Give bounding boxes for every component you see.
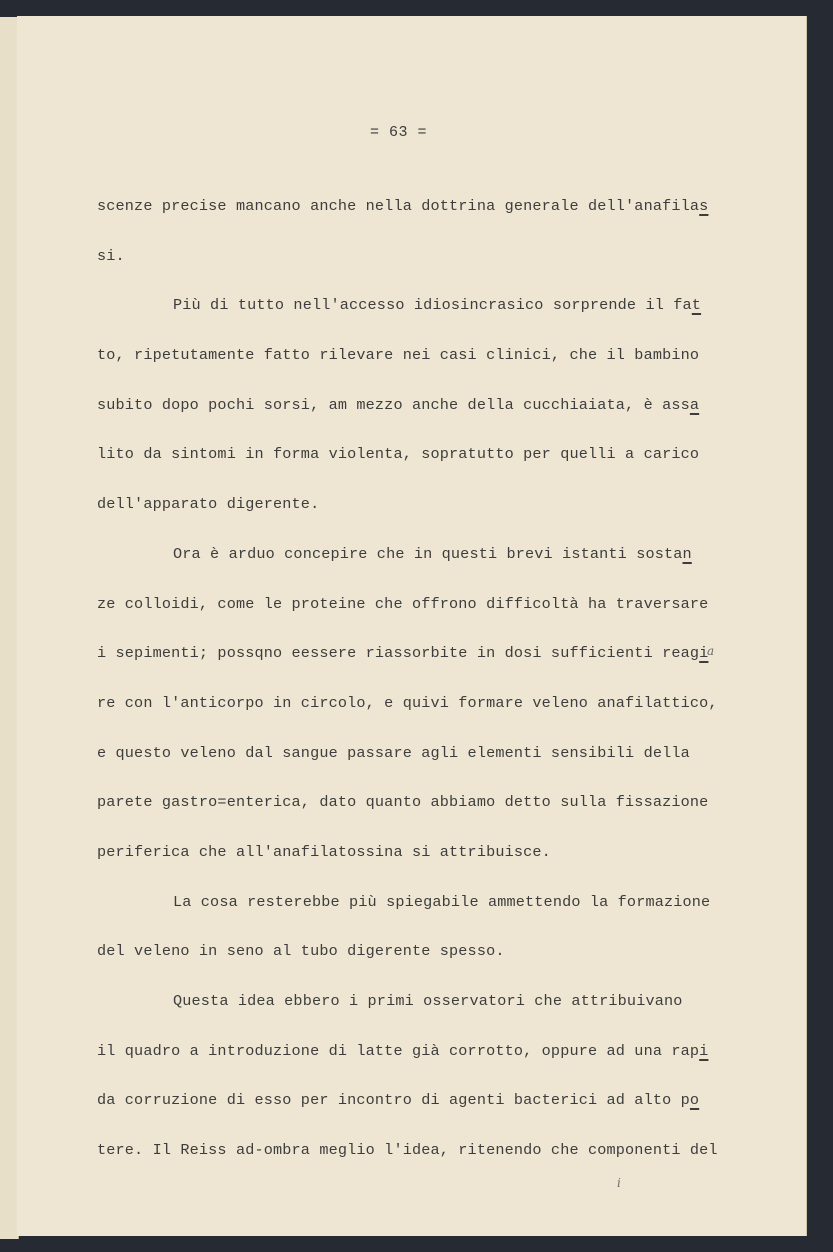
document-page: = 63 = scenze precise mancano anche nell… xyxy=(17,16,806,1236)
text-line: del veleno in seno al tubo digerente spe… xyxy=(97,941,787,991)
text-line: si. xyxy=(97,246,787,296)
text-line: scenze precise mancano anche nella dottr… xyxy=(97,196,787,246)
text-line: i sepimenti; possqno eessere riassorbite… xyxy=(97,643,787,693)
page-number: = 63 = xyxy=(17,124,780,141)
text-line: dell'apparato digerente. xyxy=(97,494,787,544)
text-line: periferica che all'anafilatossina si att… xyxy=(97,842,787,892)
text-line: e questo veleno dal sangue passare agli … xyxy=(97,743,787,793)
text-line: to, ripetutamente fatto rilevare nei cas… xyxy=(97,345,787,395)
text-line: La cosa resterebbe più spiegabile ammett… xyxy=(97,892,787,942)
handwritten-annotation: a xyxy=(707,644,714,658)
text-line: Più di tutto nell'accesso idiosincrasico… xyxy=(97,295,787,345)
text-line: subito dopo pochi sorsi, am mezzo anche … xyxy=(97,395,787,445)
text-line: parete gastro=enterica, dato quanto abbi… xyxy=(97,792,787,842)
text-line: re con l'anticorpo in circolo, e quivi f… xyxy=(97,693,787,743)
typed-body-text: scenze precise mancano anche nella dottr… xyxy=(97,196,787,1190)
text-line: il quadro a introduzione di latte già co… xyxy=(97,1041,787,1091)
handwritten-annotation: i xyxy=(617,1176,621,1190)
text-line: Ora è arduo concepire che in questi brev… xyxy=(97,544,787,594)
text-line: da corruzione di esso per incontro di ag… xyxy=(97,1090,787,1140)
text-line: tere. Il Reiss ad-ombra meglio l'idea, r… xyxy=(97,1140,787,1190)
text-line: ze colloidi, come le proteine che offron… xyxy=(97,594,787,644)
text-line: Questa idea ebbero i primi osservatori c… xyxy=(97,991,787,1041)
text-line: lito da sintomi in forma violenta, sopra… xyxy=(97,444,787,494)
